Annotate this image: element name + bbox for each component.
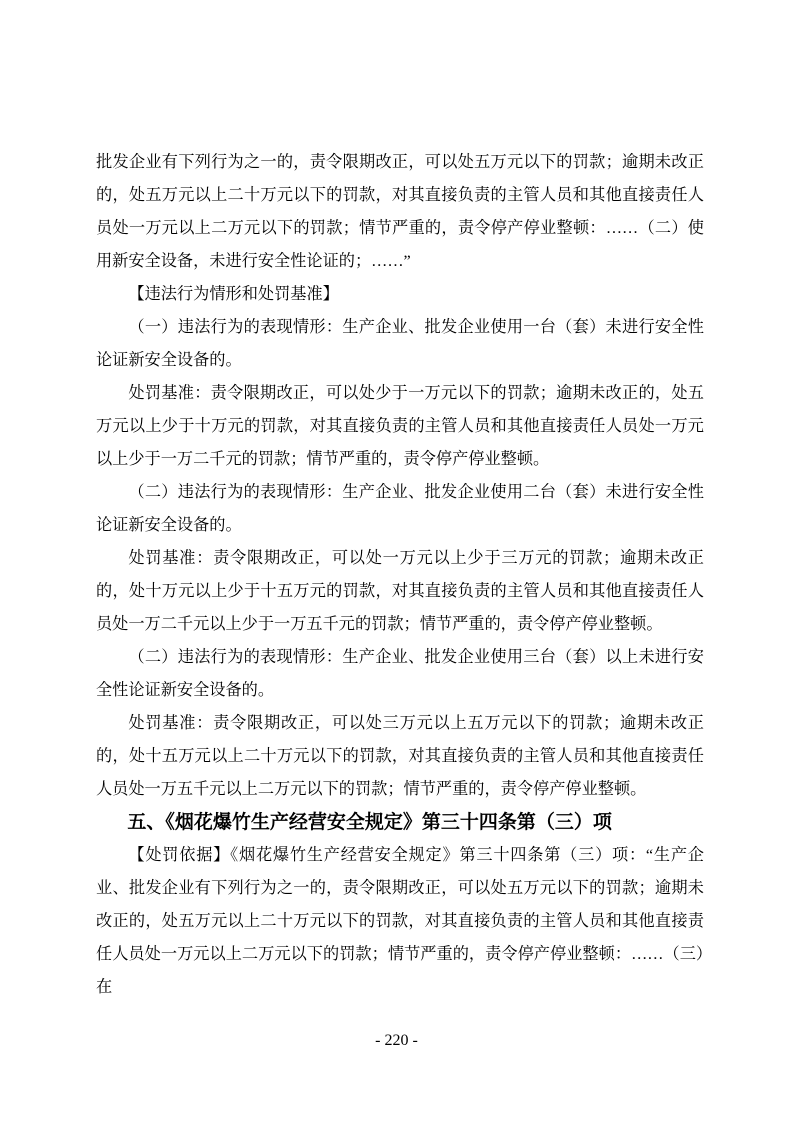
paragraph-violation-case-2: （二）违法行为的表现情形：生产企业、批发企业使用二台（套）未进行安全性论证新安全… bbox=[96, 476, 704, 542]
paragraph-penalty-basis-continuation: 批发企业有下列行为之一的，责令限期改正，可以处五万元以下的罚款；逾期未改正的，处… bbox=[96, 146, 704, 278]
section-heading-article-34-item-3: 五、《烟花爆竹生产经营安全规定》第三十四条第（三）项 bbox=[96, 806, 704, 839]
paragraph-violation-penalty-standard-header: 【违法行为情形和处罚基准】 bbox=[96, 278, 704, 311]
document-body: 批发企业有下列行为之一的，责令限期改正，可以处五万元以下的罚款；逾期未改正的，处… bbox=[96, 146, 704, 1004]
paragraph-penalty-basis-article-34-item-3: 【处罚依据】《烟花爆竹生产经营安全规定》第三十四条第（三）项：“生产企业、批发企… bbox=[96, 839, 704, 1004]
paragraph-violation-case-3: （二）违法行为的表现情形：生产企业、批发企业使用三台（套）以上未进行安全性论证新… bbox=[96, 641, 704, 707]
document-page: 批发企业有下列行为之一的，责令限期改正，可以处五万元以下的罚款；逾期未改正的，处… bbox=[0, 0, 793, 1122]
paragraph-penalty-standard-1: 处罚基准：责令限期改正，可以处少于一万元以下的罚款；逾期未改正的，处五万元以上少… bbox=[96, 377, 704, 476]
paragraph-penalty-standard-3: 处罚基准：责令限期改正，可以处三万元以上五万元以下的罚款；逾期未改正的，处十五万… bbox=[96, 707, 704, 806]
paragraph-penalty-standard-2: 处罚基准：责令限期改正，可以处一万元以上少于三万元的罚款；逾期未改正的，处十万元… bbox=[96, 542, 704, 641]
page-number: - 220 - bbox=[0, 1030, 793, 1052]
paragraph-violation-case-1: （一）违法行为的表现情形：生产企业、批发企业使用一台（套）未进行安全性论证新安全… bbox=[96, 311, 704, 377]
